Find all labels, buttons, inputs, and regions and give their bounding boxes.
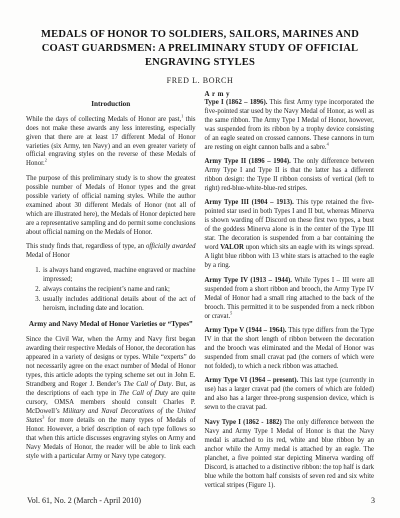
journal-page: MEDALS OF HONOR TO SOLDIERS, SAILORS, MA…	[0, 0, 400, 518]
paragraph: Since the Civil War, when the Army and N…	[26, 336, 196, 462]
article-author: FRED L. BORCH	[26, 76, 374, 85]
list-item: always contains the recipient’s name and…	[42, 286, 196, 295]
paragraph: Army Type VI (1964 – present). This last…	[205, 377, 375, 413]
list-item: is always hand engraved, machine engrave…	[42, 267, 196, 285]
introduction-heading: Introduction	[26, 99, 196, 109]
paragraph: The purpose of this preliminary study is…	[26, 175, 196, 238]
paragraph: This study finds that, regardless of typ…	[26, 243, 196, 261]
numbered-list: is always hand engraved, machine engrave…	[42, 267, 196, 314]
paragraph: Army Type IV (1913 – 1944). While Types …	[205, 277, 375, 322]
paragraph: Navy Type I (1862 - 1882) The only diffe…	[205, 419, 375, 491]
paragraph: Army Type III (1904 – 1913). This type r…	[205, 199, 375, 271]
army-section-heading: Army	[205, 90, 375, 99]
paragraph: While the days of collecting Medals of H…	[26, 116, 196, 170]
paragraph: Army Type V (1944 – 1964). This type dif…	[205, 327, 375, 372]
left-column: IntroductionWhile the days of collecting…	[26, 90, 196, 496]
paragraph: Army Type II (1896 – 1904). The only dif…	[205, 158, 375, 194]
paragraph: Type I (1862 – 1896). This first Army ty…	[205, 99, 375, 153]
page-footer: Vol. 61, No. 2 (March - April 2010) 3	[27, 496, 375, 505]
journal-volume: Vol. 61, No. 2 (March - April 2010)	[27, 496, 141, 505]
types-heading: Army and Navy Medal of Honor Varieties o…	[26, 319, 196, 329]
article-columns: IntroductionWhile the days of collecting…	[26, 90, 374, 496]
right-column: ArmyType I (1862 – 1896). This first Arm…	[205, 90, 375, 496]
article-title: MEDALS OF HONOR TO SOLDIERS, SAILORS, MA…	[26, 28, 374, 71]
page-number: 3	[371, 496, 375, 505]
list-item: usually includes additional details abou…	[42, 296, 196, 314]
